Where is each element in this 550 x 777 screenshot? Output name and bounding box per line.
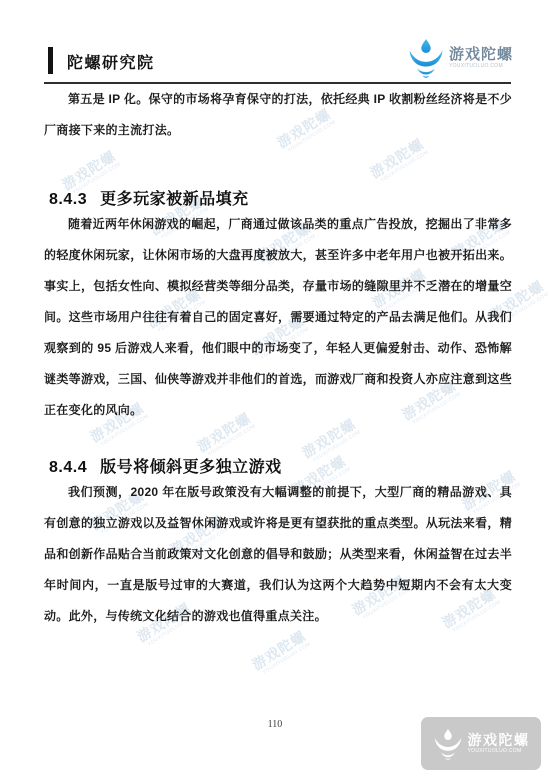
brand-url: YOUXITUOLUO.COM bbox=[468, 749, 530, 755]
header-title: 陀螺研究院 bbox=[67, 50, 155, 73]
section-title: 版号将倾斜更多独立游戏 bbox=[100, 459, 282, 476]
watermark: 游戏陀螺YOUXITUOLUO.COM bbox=[248, 626, 312, 678]
header-accent-bar bbox=[48, 47, 53, 74]
page-header: 陀螺研究院 游戏陀螺 YOUXITU bbox=[44, 46, 511, 84]
brand-name: 游戏陀螺 bbox=[468, 733, 530, 748]
footer-brand-badge: 游戏陀螺 YOUXITUOLUO.COM bbox=[421, 717, 541, 770]
intro-paragraph: 第五是 IP 化。保守的市场将孕育保守的打法，依托经典 IP 收割粉丝经济将是不… bbox=[44, 84, 512, 146]
spinning-top-icon bbox=[407, 38, 445, 78]
brand-url: YOUXITUOLUO.COM bbox=[449, 64, 513, 70]
section-number: 8.4.3 bbox=[49, 191, 87, 208]
document-body: 第五是 IP 化。保守的市场将孕育保守的打法，依托经典 IP 收割粉丝经济将是不… bbox=[44, 84, 512, 632]
brand-name: 游戏陀螺 bbox=[449, 47, 513, 64]
section-8-4-3-paragraph: 随着近两年休闲游戏的崛起，厂商通过做该品类的重点广告投放，挖掘出了非常多的轻度休… bbox=[44, 209, 512, 426]
section-8-4-4-paragraph: 我们预测，2020 年在版号政策没有大幅调整的前提下，大型厂商的精品游戏、具有创… bbox=[44, 477, 512, 632]
report-page: 游戏陀螺YOUXITUOLUO.COM游戏陀螺YOUXITUOLUO.COM游戏… bbox=[0, 0, 550, 777]
brand-logo: 游戏陀螺 YOUXITUOLUO.COM bbox=[407, 38, 513, 78]
section-heading-8-4-3: 8.4.3更多玩家被新品填充 bbox=[44, 186, 512, 209]
spinning-top-icon bbox=[433, 728, 463, 760]
section-title: 更多玩家被新品填充 bbox=[100, 191, 249, 208]
brand-logo-text: 游戏陀螺 YOUXITUOLUO.COM bbox=[449, 47, 513, 70]
section-number: 8.4.4 bbox=[49, 459, 87, 476]
section-heading-8-4-4: 8.4.4版号将倾斜更多独立游戏 bbox=[44, 454, 512, 477]
footer-brand-text: 游戏陀螺 YOUXITUOLUO.COM bbox=[468, 733, 530, 755]
